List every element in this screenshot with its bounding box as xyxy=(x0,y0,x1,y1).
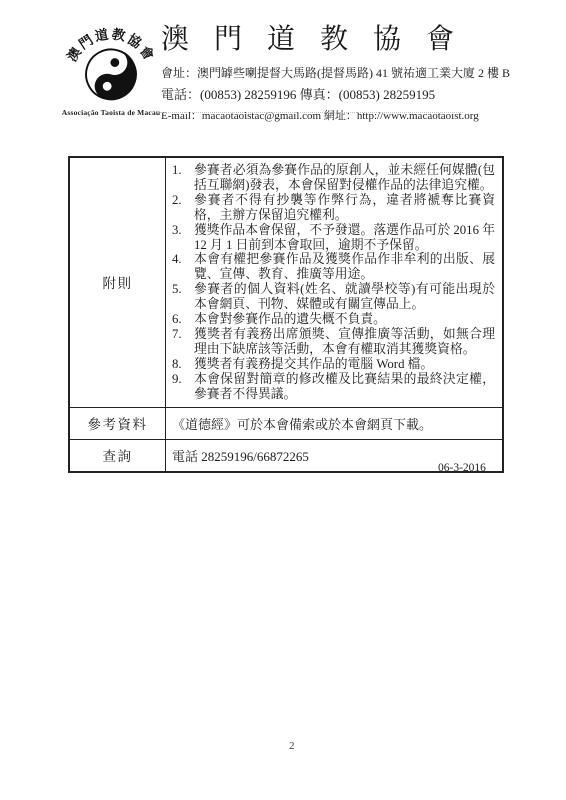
row-label: 參考資料 xyxy=(70,408,166,439)
email-web-line: E-mail：macaotaoistac@gmail.com 網址：http:/… xyxy=(161,107,521,123)
rule-text: 本會對參賽作品的遺失概不負責。 xyxy=(194,312,495,327)
rule-item: 9. 本會保留對簡章的修改權及比賽結果的最終決定權，參賽者不得異議。 xyxy=(172,372,495,402)
association-title: 澳門道教協會 xyxy=(161,22,521,57)
table-row-reference-material: 參考資料 《道德經》可於本會備索或於本會網頁下載。 xyxy=(70,407,502,439)
rule-item: 1. 參賽者必須為參賽作品的原創人，並未經任何媒體(包括互聯網)發表，本會保留對… xyxy=(172,163,495,193)
table-row-supplementary-rules: 附則 1. 參賽者必須為參賽作品的原創人，並未經任何媒體(包括互聯網)發表，本會… xyxy=(70,158,502,407)
address-line: 會址：澳門罅些喇提督大馬路(提督馬路) 41 號祐適工業大廈 2 樓 B xyxy=(161,64,521,81)
rule-item: 5. 參賽者的個人資料(姓名、就讀學校等)有可能出現於本會網頁、刊物、媒體或有關… xyxy=(172,282,495,312)
rule-number: 2. xyxy=(172,193,194,223)
logo-portuguese-name: Associação Taoista de Macau xyxy=(54,108,168,117)
rule-number: 1. xyxy=(172,163,194,193)
letterhead-divider xyxy=(157,112,463,113)
rule-text: 參賽者的個人資料(姓名、就讀學校等)有可能出現於本會網頁、刊物、媒體或有關宣傳品… xyxy=(194,282,495,312)
row-label: 附則 xyxy=(70,158,166,407)
rule-number: 9. xyxy=(172,372,194,402)
rules-list: 1. 參賽者必須為參賽作品的原創人，並未經任何媒體(包括互聯網)發表，本會保留對… xyxy=(166,158,502,407)
scanned-document: { "logo": { "arc_text": "澳門道教協會", "subti… xyxy=(0,0,566,800)
rule-text: 參賽者不得有抄襲等作弊行為，違者將褫奪比賽資格，主辦方保留追究權利。 xyxy=(194,193,495,223)
rule-text: 本會有權把參賽作品及獲獎作品作非牟利的出版、展覽、宣傳、教育、推廣等用途。 xyxy=(194,252,495,282)
rule-text: 本會保留對簡章的修改權及比賽結果的最終決定權，參賽者不得異議。 xyxy=(194,372,495,402)
rule-number: 7. xyxy=(172,327,194,357)
row-label: 查詢 xyxy=(70,440,166,471)
rules-table: 附則 1. 參賽者必須為參賽作品的原創人，並未經任何媒體(包括互聯網)發表，本會… xyxy=(68,156,504,473)
taijitu-logo-icon: 澳門道教協會 xyxy=(58,13,164,107)
rule-number: 4. xyxy=(172,252,194,282)
rule-text: 獲獎者有義務提交其作品的電腦 Word 檔。 xyxy=(194,357,495,372)
phone-fax-line: 電話：(00853) 28259196 傳真：(00853) 28259195 xyxy=(161,84,521,103)
reference-material-text: 《道德經》可於本會備索或於本會網頁下載。 xyxy=(166,408,502,439)
rule-item: 7. 獲獎者有義務出席頒獎、宣傳推廣等活動，如無合理理由下缺席該等活動，本會有權… xyxy=(172,327,495,357)
association-logo: 澳門道教協會 Associação Taoista de Macau xyxy=(54,13,168,117)
rule-item: 6. 本會對參賽作品的遺失概不負責。 xyxy=(172,312,495,327)
rule-number: 6. xyxy=(172,312,194,327)
rule-number: 8. xyxy=(172,357,194,372)
page-number: 2 xyxy=(289,740,295,752)
letterhead: 澳門道教協會 會址：澳門罅些喇提督大馬路(提督馬路) 41 號祐適工業大廈 2 … xyxy=(161,22,521,123)
rule-number: 3. xyxy=(172,223,194,253)
rule-text: 獲獎作品本會保留，不予發還。落選作品可於 2016 年 12 月 1 日前到本會… xyxy=(194,223,495,253)
rule-number: 5. xyxy=(172,282,194,312)
yinyang-symbol xyxy=(80,43,143,106)
rule-item: 8. 獲獎者有義務提交其作品的電腦 Word 檔。 xyxy=(172,357,495,372)
document-date: 06-3-2016 xyxy=(438,462,486,474)
rule-item: 2. 參賽者不得有抄襲等作弊行為，違者將褫奪比賽資格，主辦方保留追究權利。 xyxy=(172,193,495,223)
rule-text: 參賽者必須為參賽作品的原創人，並未經任何媒體(包括互聯網)發表，本會保留對侵權作… xyxy=(194,163,495,193)
rule-text: 獲獎者有義務出席頒獎、宣傳推廣等活動，如無合理理由下缺席該等活動，本會有權取消其… xyxy=(194,327,495,357)
rule-item: 4. 本會有權把參賽作品及獲獎作品作非牟利的出版、展覽、宣傳、教育、推廣等用途。 xyxy=(172,252,495,282)
rule-item: 3. 獲獎作品本會保留，不予發還。落選作品可於 2016 年 12 月 1 日前… xyxy=(172,223,495,253)
